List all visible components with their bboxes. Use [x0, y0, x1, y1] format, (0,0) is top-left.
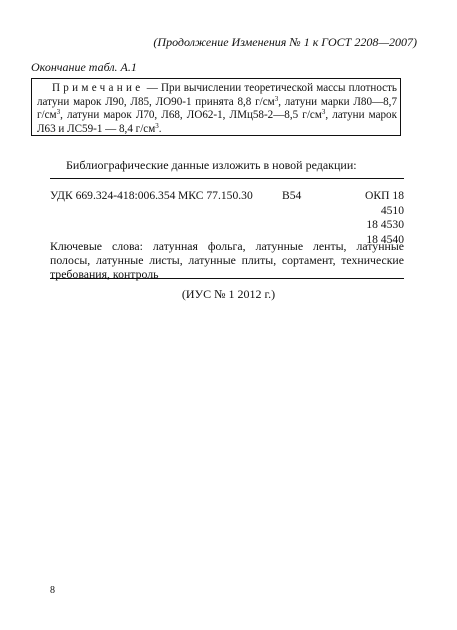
mks-code: МКС 77.150.30	[178, 189, 253, 204]
okp-code: ОКП 18 4510	[340, 189, 404, 218]
note-text-part: , латуни марок Л70, Л68, ЛО62-1, ЛМц58-2…	[60, 109, 322, 121]
udk-code: УДК 669.324-418:006.354	[50, 189, 175, 204]
okp-code: 18 4530	[340, 218, 404, 233]
group-code: В54	[282, 189, 301, 204]
bibliography-intro: Библиографические данные изложить в ново…	[66, 158, 357, 173]
note-dash: —	[143, 82, 161, 94]
keywords: Ключевые слова: латунная фольга, латунны…	[50, 239, 404, 281]
note-label: Примечание	[52, 82, 143, 94]
note-box: Примечание — При вычислении теоретическо…	[31, 78, 401, 136]
table-caption: Окончание табл. А.1	[31, 60, 137, 75]
page-number: 8	[50, 585, 55, 596]
divider-bottom	[50, 278, 404, 279]
ius-reference: (ИУС № 1 2012 г.)	[0, 287, 457, 302]
divider-top	[50, 178, 404, 179]
document-header: (Продолжение Изменения № 1 к ГОСТ 2208—2…	[0, 35, 417, 50]
note-text: Примечание — При вычислении теоретическо…	[37, 82, 397, 136]
note-text-end: .	[159, 123, 162, 135]
